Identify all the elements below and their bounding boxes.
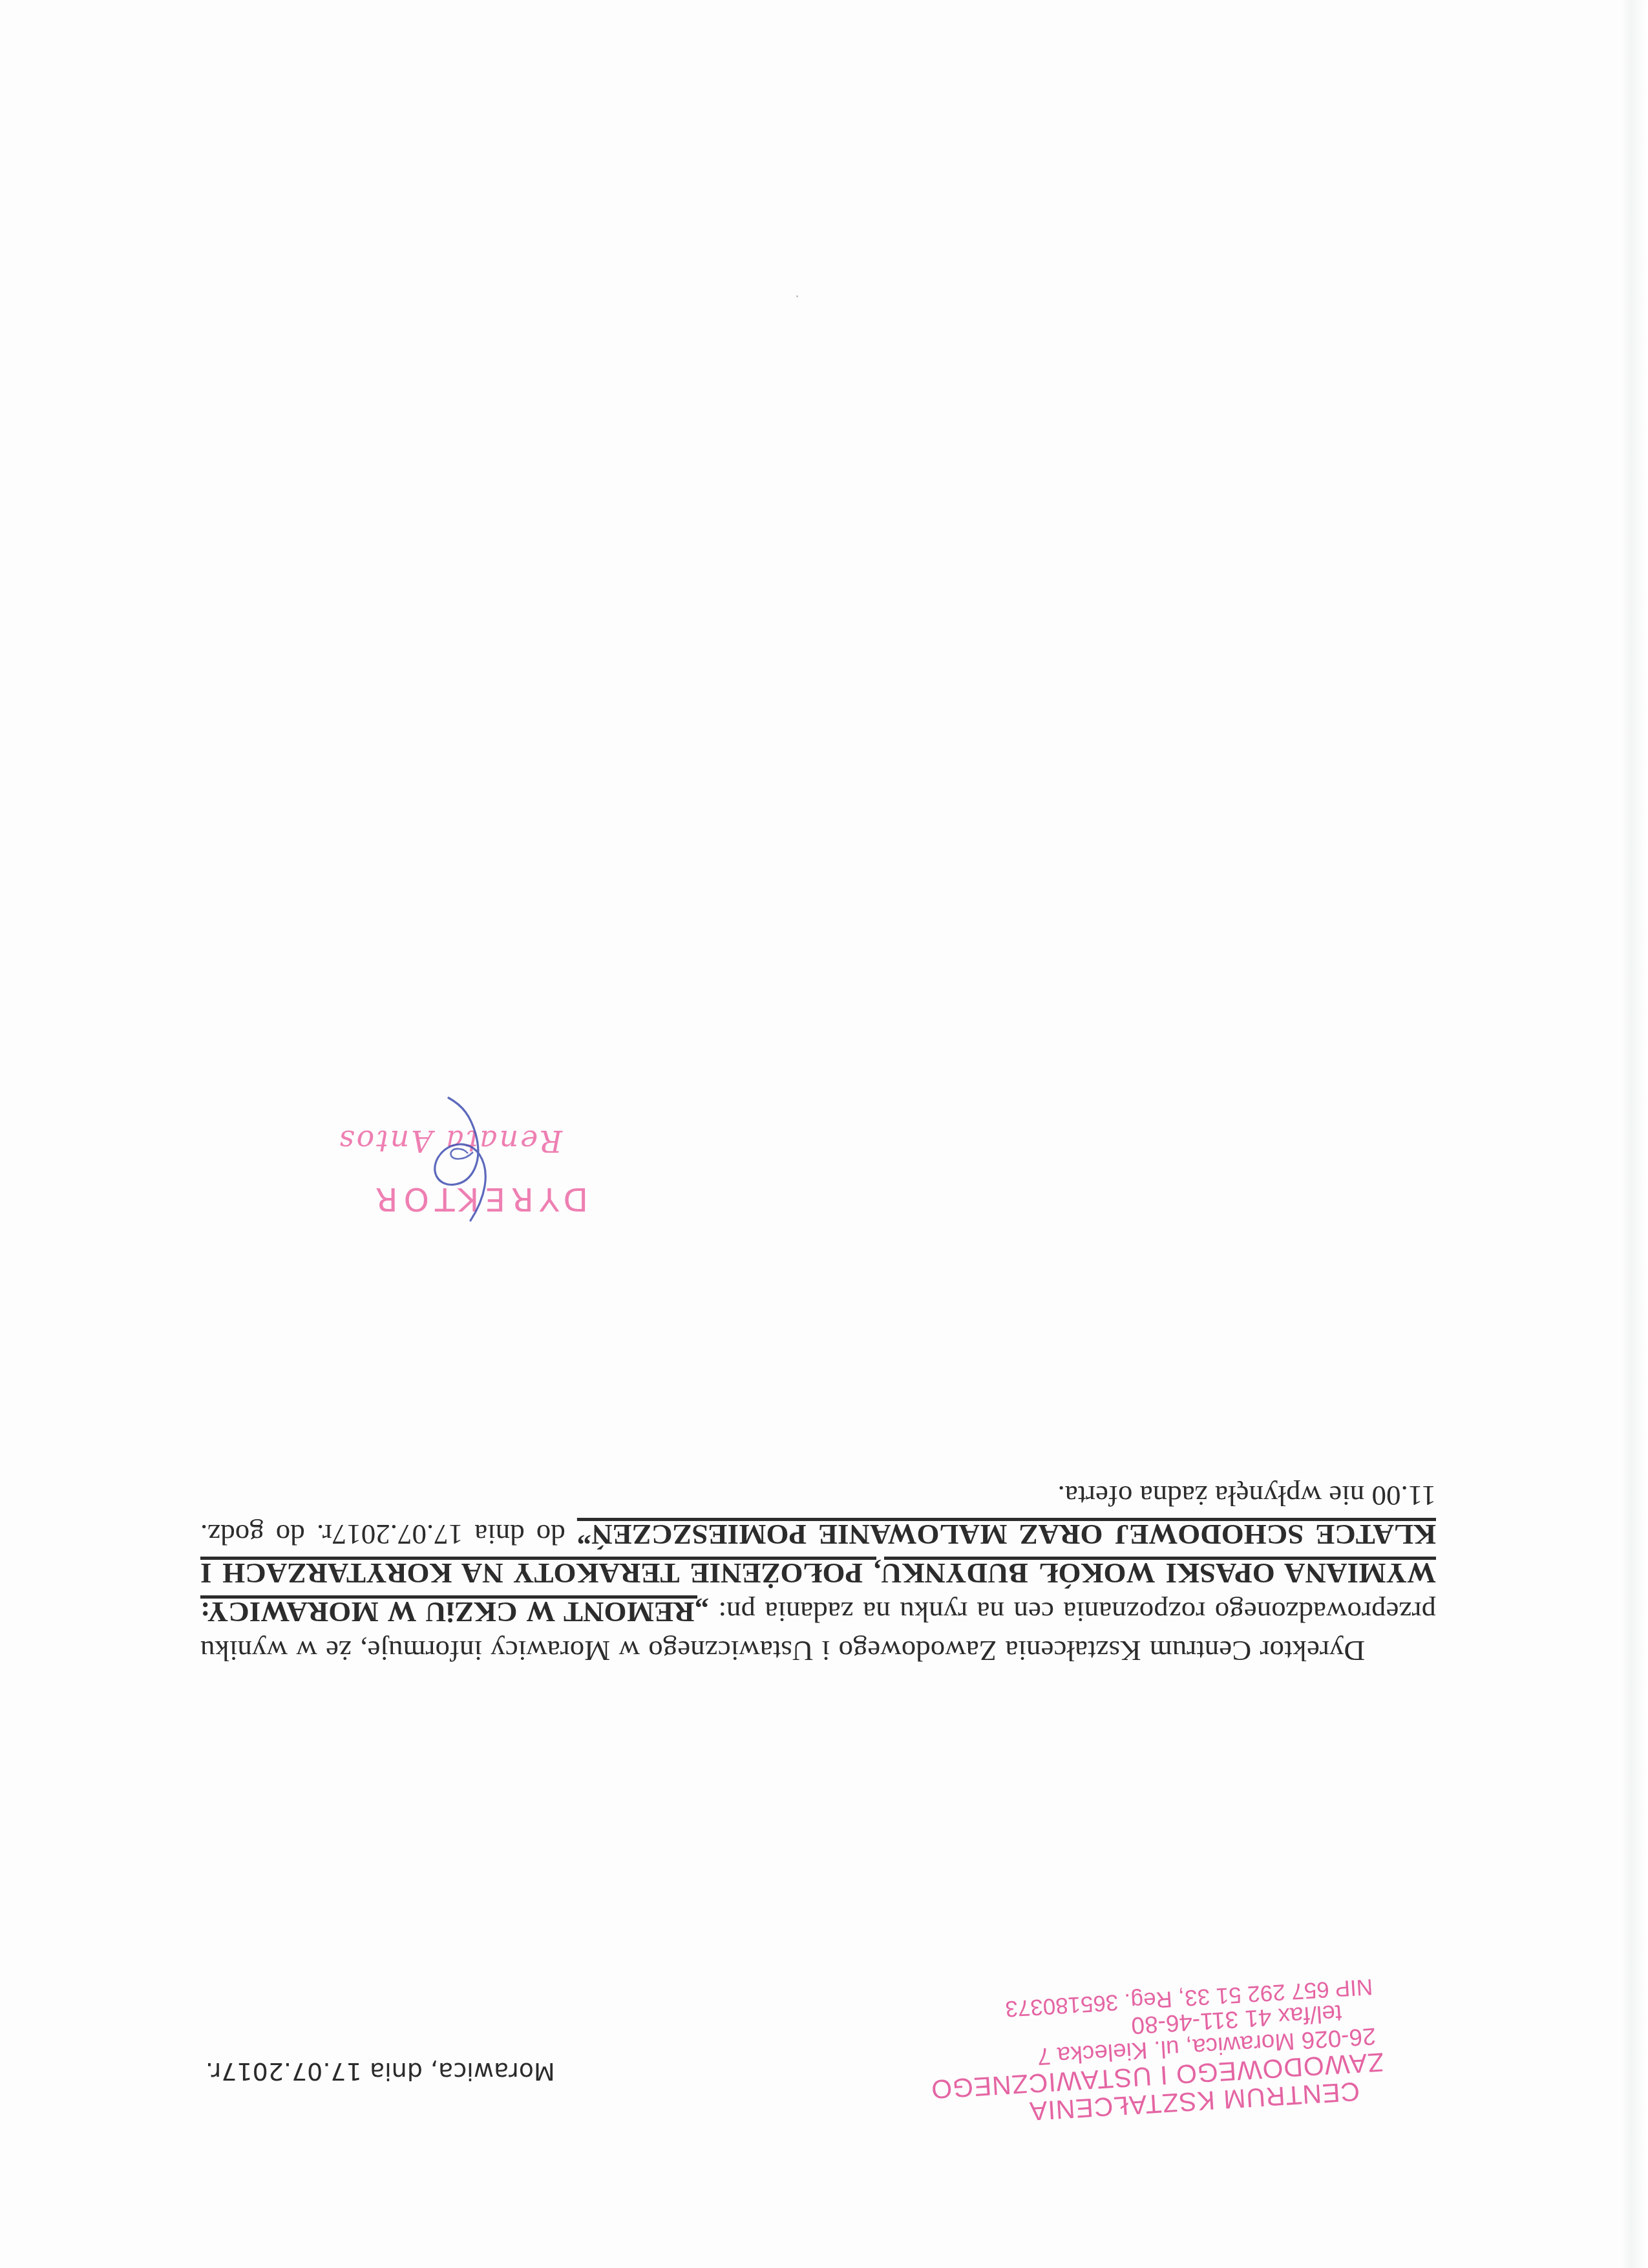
scan-speck [796,295,798,297]
scanner-edge-shadow [1623,0,1648,2268]
signature-block: DYREKTOR Renata Antos [310,1089,588,1218]
scanned-document-page: CENTRUM KSZTAŁCENIA ZAWODOWEGO I USTAWIC… [0,0,1648,2268]
institution-stamp: CENTRUM KSZTAŁCENIA ZAWODOWEGO I USTAWIC… [1030,1974,1386,2125]
handwritten-signature-icon [407,1095,511,1224]
announcement-paragraph: Dyrektor Centrum Kształcenia Zawodowego … [200,1476,1436,1670]
place-and-date: Morawica, dnia 17.07.2017r. [206,2057,555,2086]
